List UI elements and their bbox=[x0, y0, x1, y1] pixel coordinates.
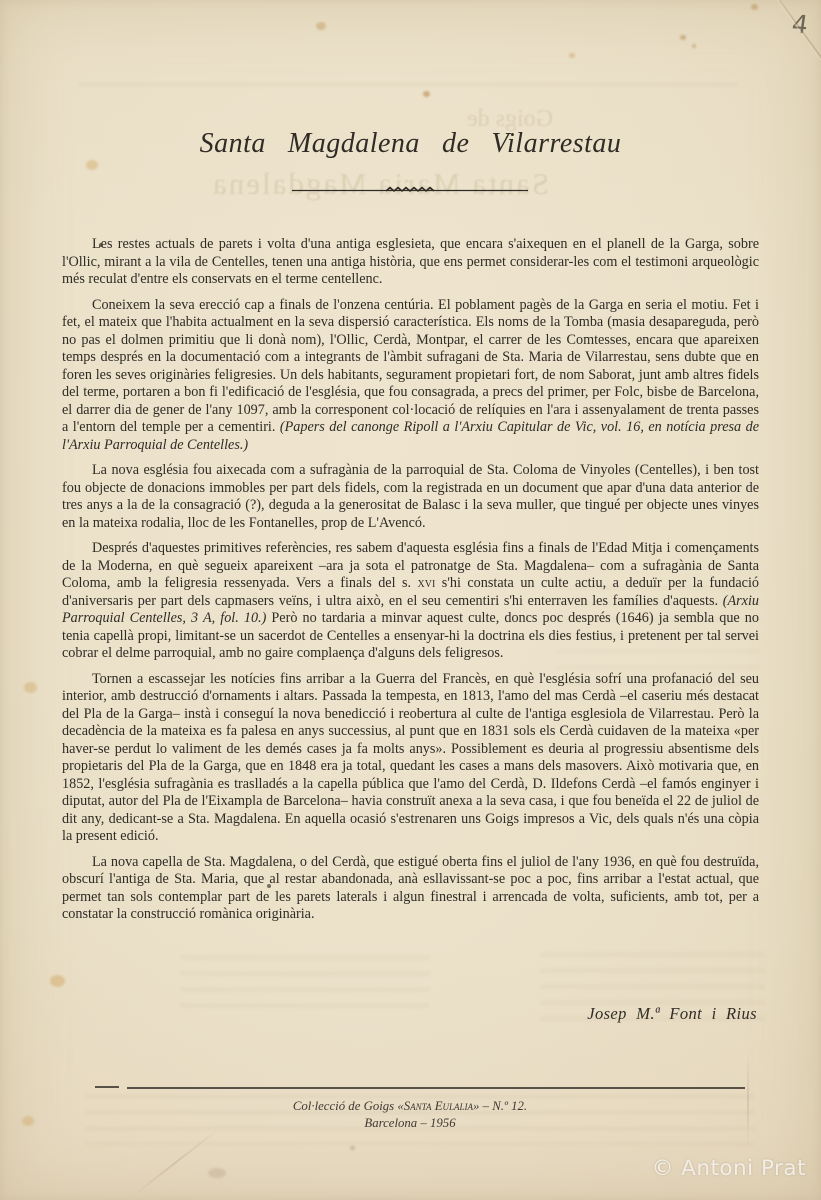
article-body: Les restes actuals de parets i volta d'u… bbox=[62, 236, 759, 924]
text-run: Les restes actuals de parets i volta d'u… bbox=[62, 236, 759, 287]
stain bbox=[751, 4, 758, 10]
stain bbox=[22, 1116, 34, 1126]
stain bbox=[423, 91, 430, 97]
paper-crease bbox=[747, 1052, 749, 1147]
footer-place-year: Barcelona – 1956 bbox=[100, 1116, 720, 1131]
copyright-watermark: © Antoni Prat bbox=[652, 1156, 806, 1181]
paragraph: Coneixem la seva erecció cap a finals de… bbox=[62, 297, 759, 455]
scanned-document-page: Goigs de Santa Maria Magdalena Santa Mag… bbox=[0, 0, 821, 1200]
text-run: Santa Eulalia bbox=[404, 1099, 473, 1113]
footer-collection-line: Col·lecció de Goigs «Santa Eulalia» – N.… bbox=[100, 1099, 720, 1114]
footer-rule bbox=[127, 1087, 745, 1089]
stain bbox=[692, 44, 696, 48]
text-run: Tornen a escassejar les notícies fins ar… bbox=[62, 671, 759, 845]
stain bbox=[86, 160, 98, 170]
text-run: La nova capella de Sta. Magdalena, o del… bbox=[62, 854, 759, 923]
text-run: Col·lecció de Goigs « bbox=[293, 1099, 404, 1113]
text-run: La nova església fou aixecada com a sufr… bbox=[62, 462, 759, 531]
stain bbox=[24, 682, 37, 693]
pencil-page-number: 4 bbox=[790, 10, 810, 40]
paragraph: Tornen a escassejar les notícies fins ar… bbox=[62, 671, 759, 846]
text-run: xvi bbox=[418, 575, 436, 591]
paragraph: Després d'aquestes primitives referèncie… bbox=[62, 540, 759, 663]
paragraph: La nova capella de Sta. Magdalena, o del… bbox=[62, 854, 759, 924]
stain bbox=[208, 1168, 226, 1178]
paragraph: Les restes actuals de parets i volta d'u… bbox=[62, 236, 759, 289]
divider-rule-ornament bbox=[290, 182, 530, 198]
page-title: Santa Magdalena de Vilarrestau bbox=[62, 128, 759, 160]
showthrough-smudge bbox=[78, 82, 738, 92]
stain bbox=[569, 53, 575, 58]
showthrough-smudge bbox=[180, 955, 430, 1013]
stain bbox=[350, 1146, 355, 1150]
text-run: » – N.º 12. bbox=[473, 1099, 527, 1113]
stain bbox=[50, 975, 65, 987]
stain bbox=[680, 35, 686, 40]
stain bbox=[316, 22, 326, 30]
paper-crease bbox=[760, 0, 821, 137]
paragraph: La nova església fou aixecada com a sufr… bbox=[62, 462, 759, 532]
author-signature: Josep M.ª Font i Rius bbox=[587, 1004, 757, 1024]
text-run: Coneixem la seva erecció cap a finals de… bbox=[62, 297, 759, 436]
paper-crease bbox=[131, 1128, 219, 1197]
footer-rule-dash bbox=[95, 1086, 119, 1088]
